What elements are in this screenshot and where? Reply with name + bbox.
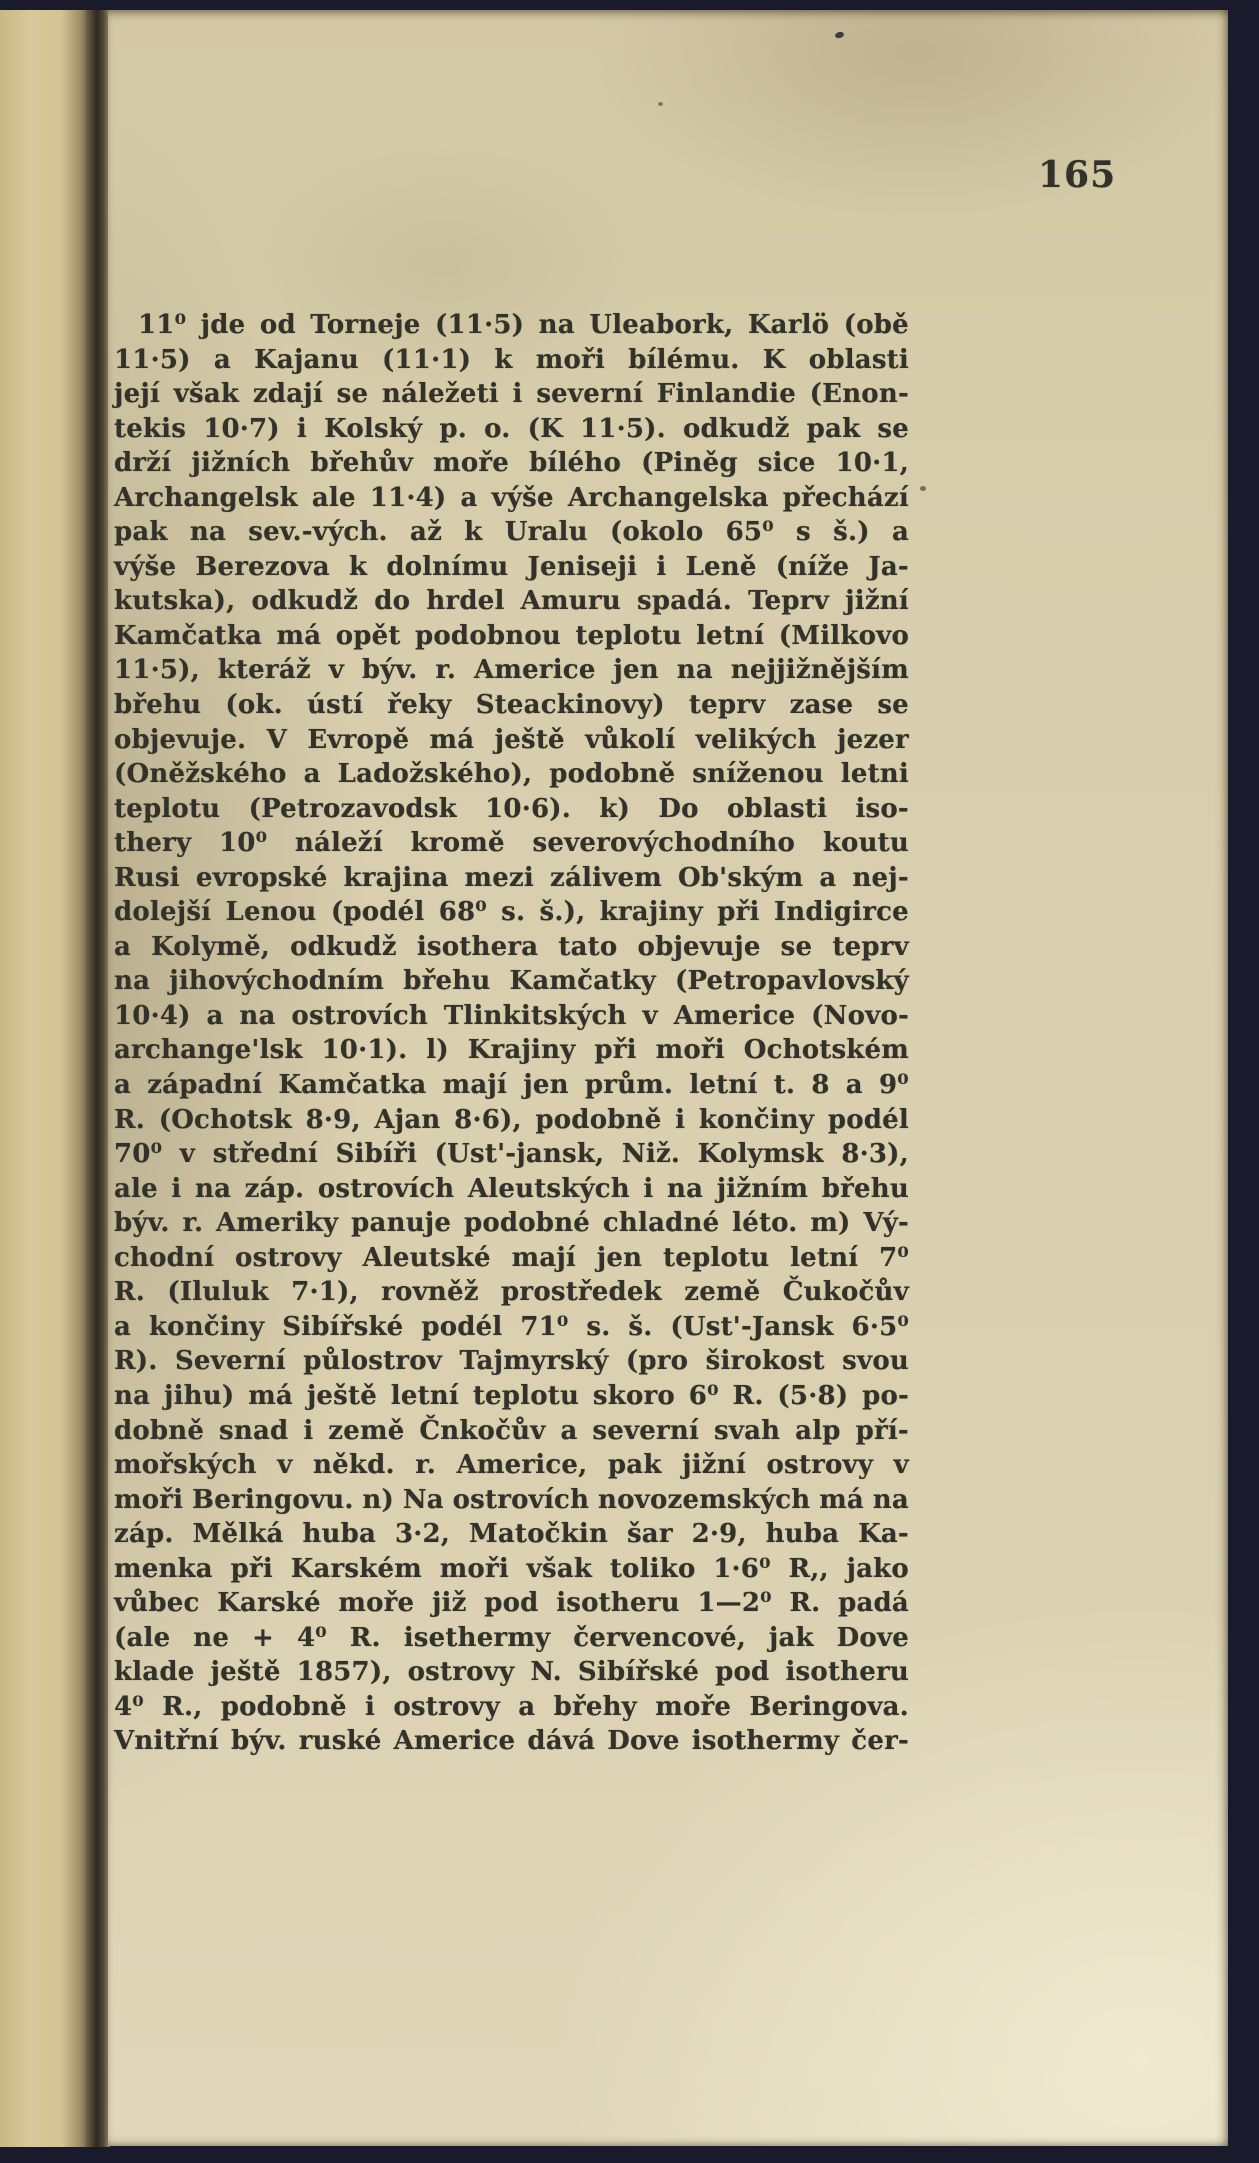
text-line: kutska),odkudždohrdelAmuruspadá.Teprvjiž… bbox=[114, 584, 909, 619]
page-paper: 165 11⁰jdeodTorneje(11·5)naUleabork,Karl… bbox=[108, 10, 1228, 2146]
binding-groove-shadow bbox=[86, 10, 110, 2147]
text-line: dobněsnadizeměČnkočůvasevernísvahalppří- bbox=[114, 1414, 909, 1449]
text-line: najihovýchodnímbřehuKamčatky(Petropavlov… bbox=[114, 964, 909, 999]
text-line: akončinySibířsképodél71⁰s.š.(Ust'-Jansk6… bbox=[114, 1310, 909, 1345]
page-number: 165 bbox=[1038, 154, 1116, 196]
text-line: Vnitřníbýv.ruskéAmericedáváDoveisothermy… bbox=[114, 1724, 909, 1759]
text-line: azápadníKamčatkamajíjenprům.letnít.8a9⁰ bbox=[114, 1068, 909, 1103]
ink-speck bbox=[658, 102, 663, 106]
text-line: 11·5)aKajanu(11·1)kmořibílému.Koblasti bbox=[114, 343, 909, 378]
text-line: 10·4)anaostrovíchTlinkitskýchvAmerice(No… bbox=[114, 999, 909, 1034]
text-line: tekis10·7)iKolskýp.o.(K11·5).odkudžpakse bbox=[114, 412, 909, 447]
text-line: archange'lsk10·1).l)KrajinypřimořiOchots… bbox=[114, 1033, 909, 1068]
text-line: R.(Ochotsk8·9,Ajan8·6),podobněikončinypo… bbox=[114, 1103, 909, 1138]
ink-speck bbox=[834, 31, 844, 39]
text-line: jejívšakzdajísenáležetiiseverníFinlandie… bbox=[114, 377, 909, 412]
text-line: Archangelskale11·4)avýšeArchangelskapřec… bbox=[114, 481, 909, 516]
text-line: objevuje.VEvropěmáještěvůkolívelikýchjez… bbox=[114, 723, 909, 758]
text-line: 70⁰vstředníSibíři(Ust'-jansk,Niž.Kolymsk… bbox=[114, 1137, 909, 1172]
text-line: aleinazáp.ostrovíchAleutskýchinajižnímbř… bbox=[114, 1172, 909, 1207]
body-text: 11⁰jdeodTorneje(11·5)naUleabork,Karlö(ob… bbox=[114, 308, 909, 1759]
adjacent-page-edge bbox=[0, 10, 88, 2147]
text-line: chodníostrovyAleutskémajíjenteplotuletní… bbox=[114, 1241, 909, 1276]
text-line: najihu)máještěletníteplotuskoro6⁰R.(5·8)… bbox=[114, 1379, 909, 1414]
text-line: thery10⁰náležíkroměseverovýchodníhokoutu bbox=[114, 826, 909, 861]
text-line: dolejšíLenou(podél68⁰s.š.),krajinypřiInd… bbox=[114, 895, 909, 930]
text-line: vůbecKarskémořejižpodisotheru1—2⁰R.padá bbox=[114, 1586, 909, 1621]
ink-speck bbox=[920, 486, 926, 491]
text-line: mořiBeringovu.n)Naostrovíchnovozemskýchm… bbox=[114, 1483, 909, 1518]
text-line: býv.r.Amerikypanujepodobnéchladnéléto.m)… bbox=[114, 1206, 909, 1241]
text-line: menkapřiKarskémmořivšaktoliko1·6⁰R,,jako bbox=[114, 1552, 909, 1587]
text-line: R.(Iluluk7·1),rovněžprostředekzeměČukočů… bbox=[114, 1275, 909, 1310]
text-line: Kamčatkamáopětpodobnouteplotuletní(Milko… bbox=[114, 619, 909, 654]
text-line: 11⁰jdeodTorneje(11·5)naUleabork,Karlö(ob… bbox=[114, 308, 909, 343]
text-line: 11·5),kterážvbýv.r.Americejennanejjižněj… bbox=[114, 653, 909, 688]
text-line: výšeBerezovakdolnímuJenisejiiLeně(nížeJa… bbox=[114, 550, 909, 585]
text-line: R).SevernípůlostrovTajmyrský(proširokost… bbox=[114, 1344, 909, 1379]
text-line: záp.Mělkáhuba3·2,Matočkinšar2·9,hubaKa- bbox=[114, 1517, 909, 1552]
text-line: držíjižníchbřehůvmořebílého(Piněgsice10·… bbox=[114, 446, 909, 481]
text-line: (OněžskéhoaLadožského),podobněsníženoule… bbox=[114, 757, 909, 792]
book-page-scan: 165 11⁰jdeodTorneje(11·5)naUleabork,Karl… bbox=[0, 0, 1259, 2163]
text-line: kladeještě1857),ostrovyN.Sibířsképodisot… bbox=[114, 1655, 909, 1690]
text-line: teplotu(Petrozavodsk10·6).k)Dooblastiiso… bbox=[114, 792, 909, 827]
text-line: aKolymě,odkudžisotheratatoobjevujesetepr… bbox=[114, 930, 909, 965]
text-line: paknasev.-vých.ažkUralu(okolo65⁰sš.)a bbox=[114, 515, 909, 550]
text-line: 4⁰R.,podobněiostrovyabřehymořeBeringova. bbox=[114, 1690, 909, 1725]
text-line: břehu(ok.ústířekySteackinovy)teprvzasese bbox=[114, 688, 909, 723]
text-line: RusievropskékrajinamezizálivemOb'skýmane… bbox=[114, 861, 909, 896]
text-line: (alene+4⁰R.isethermyčervencové,jakDove bbox=[114, 1621, 909, 1656]
text-line: mořskýchvněkd.r.Americe,pakjižníostrovyv bbox=[114, 1448, 909, 1483]
